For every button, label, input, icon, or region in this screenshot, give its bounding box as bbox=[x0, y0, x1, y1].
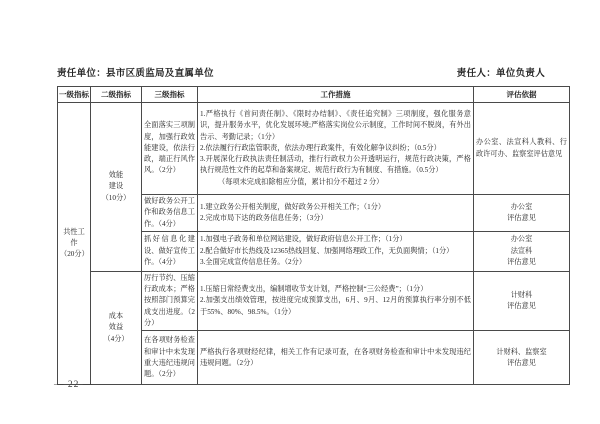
column-header-level1: 一级指标 bbox=[58, 87, 91, 103]
measure-line: 1.严格执行《首问责任制》、《限时办结制》、《责任追究制》三项制度，强化服务意识… bbox=[200, 109, 471, 143]
level1-indicator-cell: 共性工作 （20分） bbox=[58, 103, 91, 385]
level2-line: 效能 bbox=[93, 170, 139, 181]
basis-cell: 计财科、监察室 评估意见 bbox=[474, 331, 570, 385]
measure-line: 2.完成市局下达的政务信息任务；（3分） bbox=[200, 213, 471, 224]
basis-cell: 办公室、法宣科人教科、行政许可办、监察室评估意见 bbox=[474, 103, 570, 195]
measure-line: 1.建立政务公开相关制度，做好政务公开相关工作；（1分） bbox=[200, 202, 471, 213]
level3-indicator-cell: 在各项财务检查和审计中未发现重大违纪违规问题。（2分） bbox=[142, 331, 198, 385]
evaluation-indicator-table: 一级指标 二级指标 三级指标 工作措施 评估依据 共性工作 （20分） 效能 建… bbox=[57, 86, 570, 385]
measures-cell: 严格执行各项财经纪律，相关工作有记录可查，在各项财务检查和审计中未发现违纪违规问… bbox=[198, 331, 474, 385]
measure-line: 1.压缩日常经费支出，编制增收节支计划，严格控制“三公经费”；（1分） bbox=[200, 284, 471, 295]
measure-note-line: （每项未完成扣除相应分值，累计扣分不超过 2 分） bbox=[200, 177, 471, 188]
measure-line: 2.依法履行行政监管职责，依法办理行政案件，有效化解争议纠纷；（0.5分） bbox=[200, 143, 471, 154]
level2-line: 建设 bbox=[93, 181, 139, 192]
basis-line: 评估意见 bbox=[476, 301, 567, 312]
measure-line: 3.开展深化行政执法责任制活动，推行行政权力公开透明运行，规范行政决策，严格执行… bbox=[200, 154, 471, 177]
table-header-row: 一级指标 二级指标 三级指标 工作措施 评估依据 bbox=[58, 87, 570, 103]
basis-line: 办公室、法宣科人教科、行政许可办、监察室评估意见 bbox=[476, 137, 567, 160]
level3-indicator-cell: 全面落实三项制度，加强行政效能建设，依法行政，端正行风作风。（2分） bbox=[142, 103, 198, 195]
measures-cell: 1.加强电子政务和单位网站建设，做好政府信息公开工作；（1分） 2.配合做好市长… bbox=[198, 231, 474, 271]
column-header-level3: 三级指标 bbox=[142, 87, 198, 103]
level2-line: （4分） bbox=[93, 334, 139, 345]
level1-line: 共性工作 bbox=[60, 227, 88, 250]
measure-line: 2.配合做好市长热线及12365热线回复、加强网络理政工作，无负面舆情；（1分） bbox=[200, 246, 471, 257]
level1-line: （20分） bbox=[60, 249, 88, 260]
measure-line: 2.加强支出绩效管理，按进度完成预算支出，6月、9月、12月的预算执行率分别不低… bbox=[200, 295, 471, 318]
basis-line: 办公室 bbox=[476, 234, 567, 245]
table-row: 共性工作 （20分） 效能 建设 （10分） 全面落实三项制度，加强行政效能建设… bbox=[58, 103, 570, 195]
measures-cell: 1.严格执行《首问责任制》、《限时办结制》、《责任追究制》三项制度，强化服务意识… bbox=[198, 103, 474, 195]
level3-indicator-cell: 抓好信息化建设、做好宣传工作。（4分） bbox=[142, 231, 198, 271]
column-header-measures: 工作措施 bbox=[198, 87, 474, 103]
basis-line: 评估意见 bbox=[476, 257, 567, 268]
page-number: — 22 — bbox=[54, 380, 93, 390]
basis-line: 评估意见 bbox=[476, 213, 567, 224]
document-page: 责任单位：县市区质监局及直属单位 责任人：单位负责人 一级指标 二级指标 三级指… bbox=[0, 0, 600, 424]
basis-cell: 计财科 评估意见 bbox=[474, 271, 570, 330]
document-header: 责任单位：县市区质监局及直属单位 责任人：单位负责人 bbox=[57, 65, 569, 79]
level2-indicator-cell: 效能 建设 （10分） bbox=[91, 103, 142, 272]
level2-line: 成本 bbox=[93, 311, 139, 322]
basis-line: 办公室 bbox=[476, 202, 567, 213]
level3-indicator-cell: 做好政务公开工作和政务信息工作。（4分） bbox=[142, 195, 198, 232]
basis-cell: 办公室 法宣科 评估意见 bbox=[474, 231, 570, 271]
measures-cell: 1.压缩日常经费支出，编制增收节支计划，严格控制“三公经费”；（1分） 2.加强… bbox=[198, 271, 474, 330]
level3-indicator-cell: 厉行节约、压缩行政成本；严格按照部门预算完成支出进度。（2分） bbox=[142, 271, 198, 330]
basis-cell: 办公室 评估意见 bbox=[474, 195, 570, 232]
measure-line: 严格执行各项财经纪律，相关工作有记录可查，在各项财务检查和审计中未发现违纪违规问… bbox=[200, 347, 471, 370]
responsible-unit-label: 责任单位：县市区质监局及直属单位 bbox=[57, 65, 214, 79]
measures-cell: 1.建立政务公开相关制度，做好政务公开相关工作；（1分） 2.完成市局下达的政务… bbox=[198, 195, 474, 232]
basis-line: 计财科 bbox=[476, 290, 567, 301]
table-row: 成本 效益 （4分） 厉行节约、压缩行政成本；严格按照部门预算完成支出进度。（2… bbox=[58, 271, 570, 330]
column-header-level2: 二级指标 bbox=[91, 87, 142, 103]
column-header-basis: 评估依据 bbox=[474, 87, 570, 103]
level2-line: （10分） bbox=[93, 193, 139, 204]
level2-indicator-cell: 成本 效益 （4分） bbox=[91, 271, 142, 384]
measure-line: 1.加强电子政务和单位网站建设，做好政府信息公开工作；（1分） bbox=[200, 234, 471, 245]
level2-line: 效益 bbox=[93, 322, 139, 333]
responsible-person-label: 责任人：单位负责人 bbox=[457, 65, 569, 79]
measure-line: 3.全面完成宣传信息任务。（2分） bbox=[200, 257, 471, 268]
basis-line: 法宣科 bbox=[476, 246, 567, 257]
basis-line: 计财科、监察室 bbox=[476, 347, 567, 358]
basis-line: 评估意见 bbox=[476, 358, 567, 369]
